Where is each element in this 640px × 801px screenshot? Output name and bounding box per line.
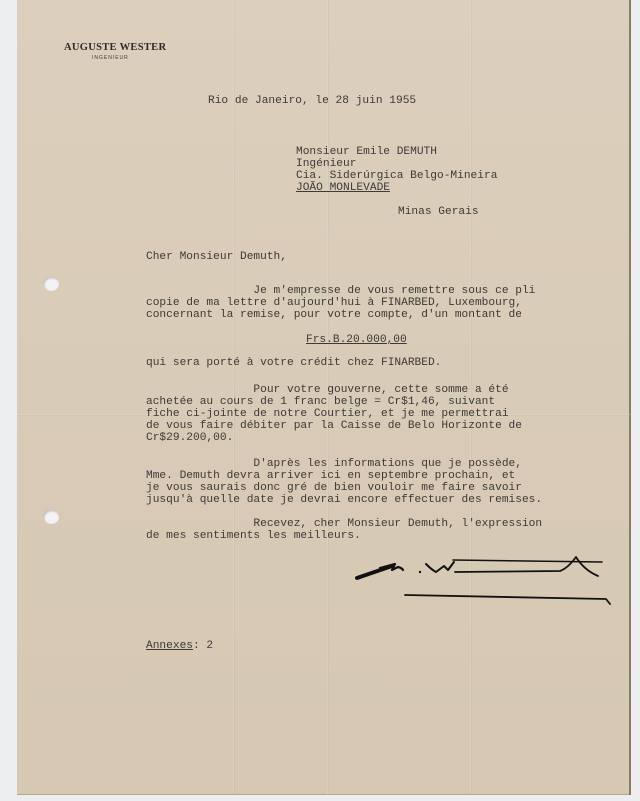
salutation: Cher Monsieur Demuth, — [146, 251, 287, 263]
paragraph-line: Cr$29.200,00. — [146, 432, 233, 444]
recipient-city: JOÃO MONLEVADE — [296, 182, 390, 194]
recipient-title: Ingénieur — [296, 158, 356, 170]
annexes: Annexes: 2 — [146, 640, 213, 652]
paragraph-line: je vous saurais donc gré de bien vouloir… — [146, 482, 522, 494]
recipient-state: Minas Gerais — [398, 206, 479, 218]
letterhead-name: AUGUSTE WESTER — [64, 42, 166, 53]
paragraph-line: D'après les informations que je possède, — [146, 458, 522, 470]
recipient-company: Cia. Siderúrgica Belgo-Mineira — [296, 170, 497, 182]
paragraph-line: fiche ci-jointe de notre Courtier, et je… — [146, 408, 509, 420]
recipient-name: Monsieur Emile DEMUTH — [296, 146, 437, 158]
closing-line: Recevez, cher Monsieur Demuth, l'express… — [146, 518, 542, 530]
signature — [340, 550, 620, 610]
paragraph-line: qui sera porté à votre crédit chez FINAR… — [146, 357, 441, 369]
paragraph-line: jusqu'à quelle date je devrai encore eff… — [146, 494, 542, 506]
punch-hole — [43, 510, 59, 524]
paragraph-line: Pour votre gouverne, cette somme a été — [146, 384, 509, 396]
closing-line: de mes sentiments les meilleurs. — [146, 530, 361, 542]
paragraph-line: achetée au cours de 1 franc belge = Cr$1… — [146, 396, 495, 408]
annexes-label: Annexes — [146, 640, 193, 652]
paragraph-line: de vous faire débiter par la Caisse de B… — [146, 420, 522, 432]
annexes-value: : 2 — [193, 640, 213, 652]
paragraph-line: Je m'empresse de vous remettre sous ce p… — [146, 285, 535, 297]
date-line: Rio de Janeiro, le 28 juin 1955 — [208, 95, 416, 107]
amount: Frs.B.20.000,00 — [306, 334, 407, 346]
punch-hole — [43, 277, 59, 291]
paragraph-line: Mme. Demuth devra arriver ici en septemb… — [146, 470, 515, 482]
paragraph-line: concernant la remise, pour votre compte,… — [146, 309, 522, 321]
paragraph-line: copie de ma lettre d'aujourd'hui à FINAR… — [146, 297, 522, 309]
letterhead-title: INGENIEUR — [92, 55, 129, 61]
